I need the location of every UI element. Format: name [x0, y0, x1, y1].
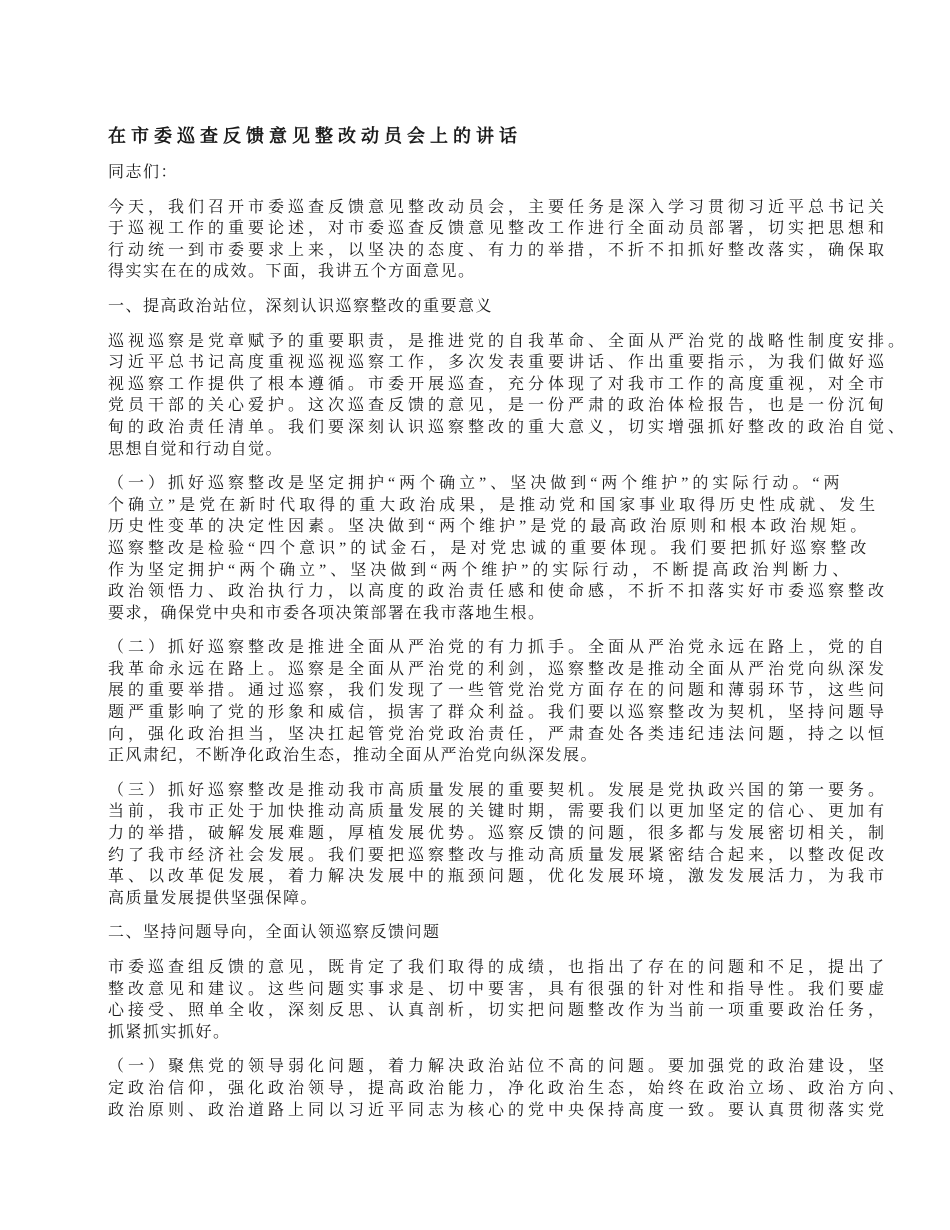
text-line: 得实实在在的成效。下面，我讲五个方面意见。	[108, 261, 886, 283]
text-line: 政治原则、政治道路上同以习近平同志为核心的党中央保持高度一致。要认真贯彻落实党	[108, 1100, 886, 1122]
text-line: 整改意见和建议。这些问题实事求是、切中要害，具有很强的针对性和指导性。我们要虚	[108, 979, 886, 1001]
document-page: 在市委巡查反馈意见整改动员会上的讲话 同志们： 今天，我们召开市委巡查反馈意见整…	[0, 0, 950, 1230]
text-line: 向，强化政治担当，坚决扛起管党治党政治责任，严肃查处各类违纪违法问题，持之以恒	[108, 724, 886, 746]
text-line: 当前，我市正处于加快推动高质量发展的关键时期，需要我们以更加坚定的信心、更加有	[108, 801, 886, 823]
section-1-paragraph-3: （二）抓好巡察整改是推进全面从严治党的有力抓手。全面从严治党永远在路上，党的自我…	[108, 637, 886, 767]
section-1-paragraph-1: 巡视巡察是党章赋予的重要职责，是推进党的自我革命、全面从严治党的战略性制度安排。…	[108, 331, 886, 461]
section-1-paragraph-2: （一）抓好巡察整改是坚定拥护“两个确立”、坚决做到“两个维护”的实际行动。“两个…	[108, 473, 886, 624]
text-line: 正风肃纪，不断净化政治生态，推动全面从严治党向纵深发展。	[108, 745, 886, 767]
text-line: 力的举措，破解发展难题，厚植发展优势。巡察反馈的问题，很多都与发展密切相关，制	[108, 823, 886, 845]
text-line: 政治领悟力、政治执行力，以高度的政治责任感和使命感，不折不扣落实好市委巡察整改	[108, 581, 886, 603]
text-line: 革、以改革促发展，着力解决发展中的瓶颈问题，优化发展环境，激发发展活力，为我市	[108, 866, 886, 888]
text-line: 党员干部的关心爱护。这次巡查反馈的意见，是一份严肃的政治体检报告，也是一份沉甸	[108, 395, 886, 417]
text-line: 要求，确保党中央和市委各项决策部署在我市落地生根。	[108, 603, 886, 625]
text-line: 巡视巡察是党章赋予的重要职责，是推进党的自我革命、全面从严治党的战略性制度安排。	[108, 331, 886, 353]
text-line: 巡察整改是检验“四个意识”的试金石，是对党忠诚的重要体现。我们要把抓好巡察整改	[108, 538, 886, 560]
section-2-paragraph-2: （一）聚焦党的领导弱化问题，着力解决政治站位不高的问题。要加强党的政治建设，坚定…	[108, 1056, 886, 1121]
text-line: 约了我市经济社会发展。我们要把巡察整改与推动高质量发展紧密结合起来，以整改促改	[108, 845, 886, 867]
section-2-heading: 二、坚持问题导向，全面认领巡察反馈问题	[108, 922, 886, 944]
text-line: 历史性变革的决定性因素。坚决做到“两个维护”是党的最高政治原则和根本政治规矩。	[108, 516, 886, 538]
text-line: （一）聚焦党的领导弱化问题，着力解决政治站位不高的问题。要加强党的政治建设，坚	[108, 1056, 886, 1078]
text-line: 于巡视工作的重要论述，对市委巡查反馈意见整改工作进行全面动员部署，切实把思想和	[108, 218, 886, 240]
text-line: 展的重要举措。通过巡察，我们发现了一些管党治党方面存在的问题和薄弱环节，这些问	[108, 680, 886, 702]
text-line: （三）抓好巡察整改是推动我市高质量发展的重要契机。发展是党执政兴国的第一要务。	[108, 780, 886, 802]
text-line: 题严重影响了党的形象和威信，损害了群众利益。我们要以巡察整改为契机，坚持问题导	[108, 702, 886, 724]
section-1-paragraph-4: （三）抓好巡察整改是推动我市高质量发展的重要契机。发展是党执政兴国的第一要务。当…	[108, 780, 886, 910]
text-line: 个确立”是党在新时代取得的重大政治成果，是推动党和国家事业取得历史性成就、发生	[108, 495, 886, 517]
text-line: 甸的政治责任清单。我们要深刻认识巡察整改的重大意义，切实增强抓好整改的政治自觉、	[108, 417, 886, 439]
text-line: （一）抓好巡察整改是坚定拥护“两个确立”、坚决做到“两个维护”的实际行动。“两	[108, 473, 886, 495]
text-line: 习近平总书记高度重视巡视巡察工作，多次发表重要讲话、作出重要指示，为我们做好巡	[108, 352, 886, 374]
text-line: 我革命永远在路上。巡察是全面从严治党的利剑，巡察整改是推动全面从严治党向纵深发	[108, 659, 886, 681]
text-line: 思想自觉和行动自觉。	[108, 439, 886, 461]
intro-paragraph: 今天，我们召开市委巡查反馈意见整改动员会，主要任务是深入学习贯彻习近平总书记关于…	[108, 197, 886, 283]
text-line: 市委巡查组反馈的意见，既肯定了我们取得的成绩，也指出了存在的问题和不足，提出了	[108, 957, 886, 979]
text-line: 行动统一到市委要求上来，以坚决的态度、有力的举措，不折不扣抓好整改落实，确保取	[108, 240, 886, 262]
text-line: 视巡察工作提供了根本遵循。市委开展巡查，充分体现了对我市工作的高度重视，对全市	[108, 374, 886, 396]
section-1-heading: 一、提高政治站位，深刻认识巡察整改的重要意义	[108, 296, 886, 318]
text-line: 心接受、照单全收，深刻反思、认真剖析，切实把问题整改作为当前一项重要政治任务，	[108, 1000, 886, 1022]
salutation: 同志们：	[108, 162, 886, 184]
text-line: 抓紧抓实抓好。	[108, 1022, 886, 1044]
text-line: （二）抓好巡察整改是推进全面从严治党的有力抓手。全面从严治党永远在路上，党的自	[108, 637, 886, 659]
text-line: 作为坚定拥护“两个确立”、坚决做到“两个维护”的实际行动，不断提高政治判断力、	[108, 560, 886, 582]
document-body: 在市委巡查反馈意见整改动员会上的讲话 同志们： 今天，我们召开市委巡查反馈意见整…	[108, 124, 886, 1134]
text-line: 今天，我们召开市委巡查反馈意见整改动员会，主要任务是深入学习贯彻习近平总书记关	[108, 197, 886, 219]
section-2-paragraph-1: 市委巡查组反馈的意见，既肯定了我们取得的成绩，也指出了存在的问题和不足，提出了整…	[108, 957, 886, 1043]
text-line: 定政治信仰，强化政治领导，提高政治能力，净化政治生态，始终在政治立场、政治方向、	[108, 1078, 886, 1100]
text-line: 高质量发展提供坚强保障。	[108, 888, 886, 910]
document-title: 在市委巡查反馈意见整改动员会上的讲话	[108, 124, 886, 149]
